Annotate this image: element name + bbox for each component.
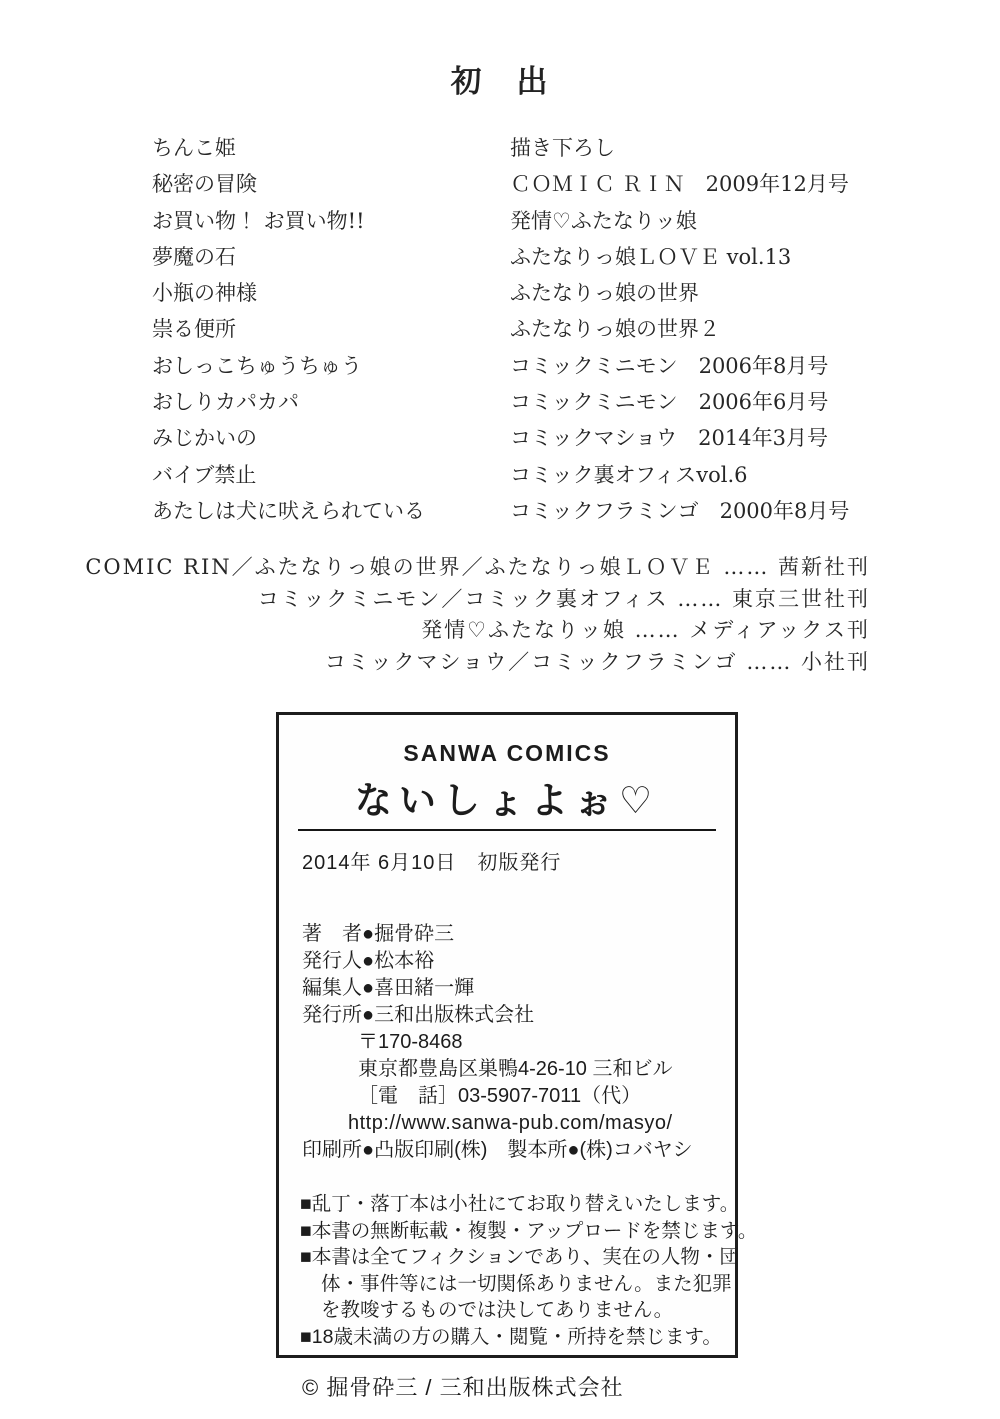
work-source: 描き下ろし — [510, 130, 912, 166]
work-row: お買い物！ お買い物!! 発情♡ふたなりッ娘 — [152, 203, 912, 239]
work-title: 小瓶の神様 — [152, 275, 510, 311]
title-underline — [298, 829, 716, 831]
website-url: http://www.sanwa-pub.com/masyo/ — [302, 1110, 735, 1137]
work-row: おしっこちゅうちゅう コミックミニモン 2006年8月号 — [152, 348, 912, 384]
work-source: 発情♡ふたなりッ娘 — [510, 203, 912, 239]
work-source: ふたなりっ娘の世界２ — [510, 311, 912, 347]
credits-block: 著 者●掘骨砕三 発行人●松本裕 編集人●喜田緒一輝 発行所●三和出版株式会社 … — [302, 921, 735, 1164]
work-source: コミック裏オフィスvol.6 — [510, 457, 912, 493]
work-source: コミックフラミンゴ 2000年8月号 — [510, 493, 912, 529]
disclaimer-line: ■18歳未満の方の購入・閲覧・所持を禁じます。 — [300, 1324, 735, 1351]
first-publication-list: ちんこ姫 描き下ろし 秘密の冒険 ＣＯＭＩＣ ＲＩＮ 2009年12月号 お買い… — [152, 130, 912, 529]
publisher-person-credit: 発行人●松本裕 — [302, 948, 735, 975]
publishing-house-credit: 発行所●三和出版株式会社 — [302, 1002, 735, 1029]
work-title: みじかいの — [152, 420, 510, 456]
work-row: 秘密の冒険 ＣＯＭＩＣ ＲＩＮ 2009年12月号 — [152, 166, 912, 202]
disclaimer-line: ■本書の無断転載・複製・アップロードを禁じます。 — [300, 1218, 735, 1245]
work-title: お買い物！ お買い物!! — [152, 203, 510, 239]
work-source: ふたなりっ娘ＬＯＶＥ vol.13 — [510, 239, 912, 275]
work-title: おしっこちゅうちゅう — [152, 348, 510, 384]
work-row: 祟る便所 ふたなりっ娘の世界２ — [152, 311, 912, 347]
address: 東京都豊島区巣鴨4-26-10 三和ビル — [302, 1056, 735, 1083]
phone-number: ［電 話］03-5907-7011（代） — [302, 1083, 735, 1110]
work-source: ふたなりっ娘の世界 — [510, 275, 912, 311]
work-title: 夢魔の石 — [152, 239, 510, 275]
publisher-attribution: コミックミニモン／コミック裏オフィス …… 東京三世社刊 — [70, 584, 870, 616]
work-title: ちんこ姫 — [152, 130, 510, 166]
imprint-label: SANWA COMICS — [279, 740, 735, 767]
disclaimers-block: ■乱丁・落丁本は小社にてお取り替えいたします。 ■本書の無断転載・複製・アップロ… — [300, 1191, 735, 1350]
disclaimer-line: 体・事件等には一切関係ありません。また犯罪 — [300, 1271, 735, 1298]
printer-binder-credit: 印刷所●凸版印刷(株) 製本所●(株)コバヤシ — [302, 1137, 735, 1164]
work-row: あたしは犬に吠えられている コミックフラミンゴ 2000年8月号 — [152, 493, 912, 529]
work-title: バイブ禁止 — [152, 457, 510, 493]
work-source: ＣＯＭＩＣ ＲＩＮ 2009年12月号 — [510, 166, 912, 202]
page-title: 初 出 — [0, 56, 1000, 101]
work-row: みじかいの コミックマショウ 2014年3月号 — [152, 420, 912, 456]
work-row: ちんこ姫 描き下ろし — [152, 130, 912, 166]
work-row: 小瓶の神様 ふたなりっ娘の世界 — [152, 275, 912, 311]
scanned-colophon-page: { "title": "初 出", "works": [ { "title": … — [0, 0, 1000, 1419]
copyright-line: © 掘骨砕三 / 三和出版株式会社 — [302, 1371, 735, 1402]
work-title: おしりカパカパ — [152, 384, 510, 420]
work-row: おしりカパカパ コミックミニモン 2006年6月号 — [152, 384, 912, 420]
publisher-attribution: COMIC RIN／ふたなりっ娘の世界／ふたなりっ娘ＬＯＶＥ …… 茜新社刊 — [70, 552, 870, 584]
publisher-attribution: コミックマショウ／コミックフラミンゴ …… 小社刊 — [70, 647, 870, 679]
publisher-attributions: COMIC RIN／ふたなりっ娘の世界／ふたなりっ娘ＬＯＶＥ …… 茜新社刊 コ… — [70, 552, 870, 679]
book-title: ないしょよぉ♡ — [279, 770, 735, 824]
publisher-attribution: 発情♡ふたなりッ娘 …… メディアックス刊 — [70, 615, 870, 647]
work-title: あたしは犬に吠えられている — [152, 493, 510, 529]
author-credit: 著 者●掘骨砕三 — [302, 921, 735, 948]
disclaimer-line: ■本書は全てフィクションであり、実在の人物・団 — [300, 1244, 735, 1271]
disclaimer-line: ■乱丁・落丁本は小社にてお取り替えいたします。 — [300, 1191, 735, 1218]
work-title: 秘密の冒険 — [152, 166, 510, 202]
print-date: 2014年 6月10日 初版発行 — [302, 846, 735, 875]
postal-code: 〒170-8468 — [302, 1029, 735, 1056]
work-row: 夢魔の石 ふたなりっ娘ＬＯＶＥ vol.13 — [152, 239, 912, 275]
work-title: 祟る便所 — [152, 311, 510, 347]
work-row: バイブ禁止 コミック裏オフィスvol.6 — [152, 457, 912, 493]
work-source: コミックミニモン 2006年6月号 — [510, 384, 912, 420]
editor-credit: 編集人●喜田緒一輝 — [302, 975, 735, 1002]
work-source: コミックミニモン 2006年8月号 — [510, 348, 912, 384]
work-source: コミックマショウ 2014年3月号 — [510, 420, 912, 456]
disclaimer-line: を教唆するものでは決してありません。 — [300, 1297, 735, 1324]
colophon-box: SANWA COMICS ないしょよぉ♡ 2014年 6月10日 初版発行 著 … — [276, 712, 738, 1358]
